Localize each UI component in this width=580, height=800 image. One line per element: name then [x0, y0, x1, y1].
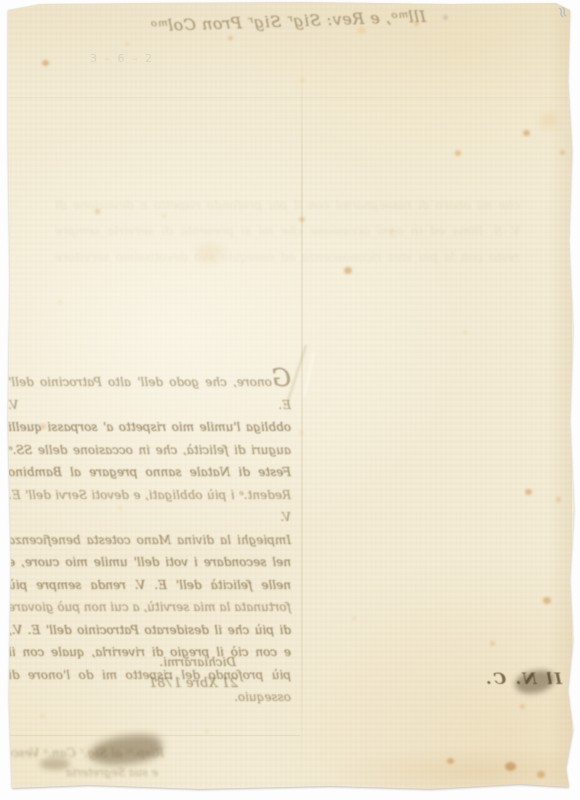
foxing-spot [443, 15, 448, 20]
bottom-edge-stain [330, 745, 580, 790]
ghost-text-line: nelle felicità dell' E. V. renda sempre … [8, 574, 291, 597]
foxing-spot [447, 758, 454, 764]
annotation-ink-blob-small [40, 758, 70, 770]
center-wrinkle-highlight [303, 352, 314, 395]
ghost-text-line: Gonore, che godo dell' alto Patrocinio d… [8, 367, 291, 416]
foxing-spot [540, 113, 558, 127]
date-line-bleedthrough: 21 Xbre 1781 [126, 676, 238, 691]
scanned-letter-verso: { "letter": { "header_ghost": "Ill\u1d50… [0, 0, 580, 800]
ghost-text-line: che mi onoro di rassegnarmi con il piu p… [55, 192, 520, 218]
ghost-text-line: fortunata la mia servitù, a cui non può … [8, 596, 291, 619]
foxing-spot [300, 78, 305, 82]
foxing-spot [525, 489, 532, 495]
aged-paper-sheet: Illᵐᵒ, e Rev: Sigʳ Sigʳ Pron Colᵐᵒ 3 – 6… [0, 0, 580, 800]
corner-pencil-mark: ≈≈ [549, 0, 574, 21]
ghost-text-line: auguri di felicità, che in occasione del… [8, 439, 291, 462]
archival-pencil-note: 3 – 6 – 2 [90, 52, 154, 65]
horizontal-crease-top [8, 97, 568, 98]
foxing-spot [352, 616, 356, 620]
address-line-bleedthrough: Illᵐᵒ, e Rev: Sigʳ Sigʳ Pron Colᵐᵒ [128, 7, 426, 36]
foxing-spot [40, 714, 45, 718]
foxing-spot [543, 597, 551, 604]
ghost-text-line: Redent.ᵉ i più obbligati, e devoti Servi… [8, 484, 291, 529]
faint-bleedthrough-block: che mi onoro di rassegnarmi con il piu p… [55, 192, 520, 270]
foxing-spot [228, 36, 233, 40]
foxing-spot [556, 497, 561, 502]
foxing-spot [537, 771, 545, 778]
foxing-spot [58, 300, 62, 304]
ghost-text-line: resto con la piu viva riconoscenza ed os… [55, 244, 520, 270]
annotation-ink-blob [89, 732, 164, 767]
foxing-spot [125, 42, 129, 46]
closing-formula-bleedthrough: Dichiararmi. [146, 655, 236, 669]
foxing-spot [523, 130, 530, 136]
ghost-text-line: Impieghi la divina Mano cotesta benefice… [8, 529, 291, 552]
foxing-spot [42, 60, 49, 66]
foxing-spot [490, 641, 495, 646]
ghost-text-line: Feste di Natale sanno pregare al Bambino [8, 461, 291, 484]
foxing-spot [455, 150, 461, 156]
foxing-spot [560, 150, 565, 155]
ghost-text-line: V. S. Illma ed in ogni occasione che mi … [55, 218, 520, 244]
ghost-text-line: nel secondare i voti dell' umile mio cuo… [8, 551, 291, 574]
bottom-annotation-line-2: e sua Segreteria [20, 766, 158, 779]
foxing-spot [470, 788, 475, 792]
ghost-text-line: di più che il desiderato Patrocinio dell… [8, 619, 291, 642]
foxing-spot [520, 704, 525, 709]
foxing-spot [505, 762, 516, 771]
ghost-text-line: obbliga l'umile mio rispetto a' sorpassi… [8, 416, 291, 439]
foxing-spot [463, 330, 468, 334]
foxing-spot [205, 729, 209, 733]
letter-page: Illᵐᵒ, e Rev: Sigʳ Sigʳ Pron Colᵐᵒ 3 – 6… [0, 0, 580, 800]
vertical-fold-crease [301, 40, 303, 780]
foxing-spot [299, 431, 304, 435]
